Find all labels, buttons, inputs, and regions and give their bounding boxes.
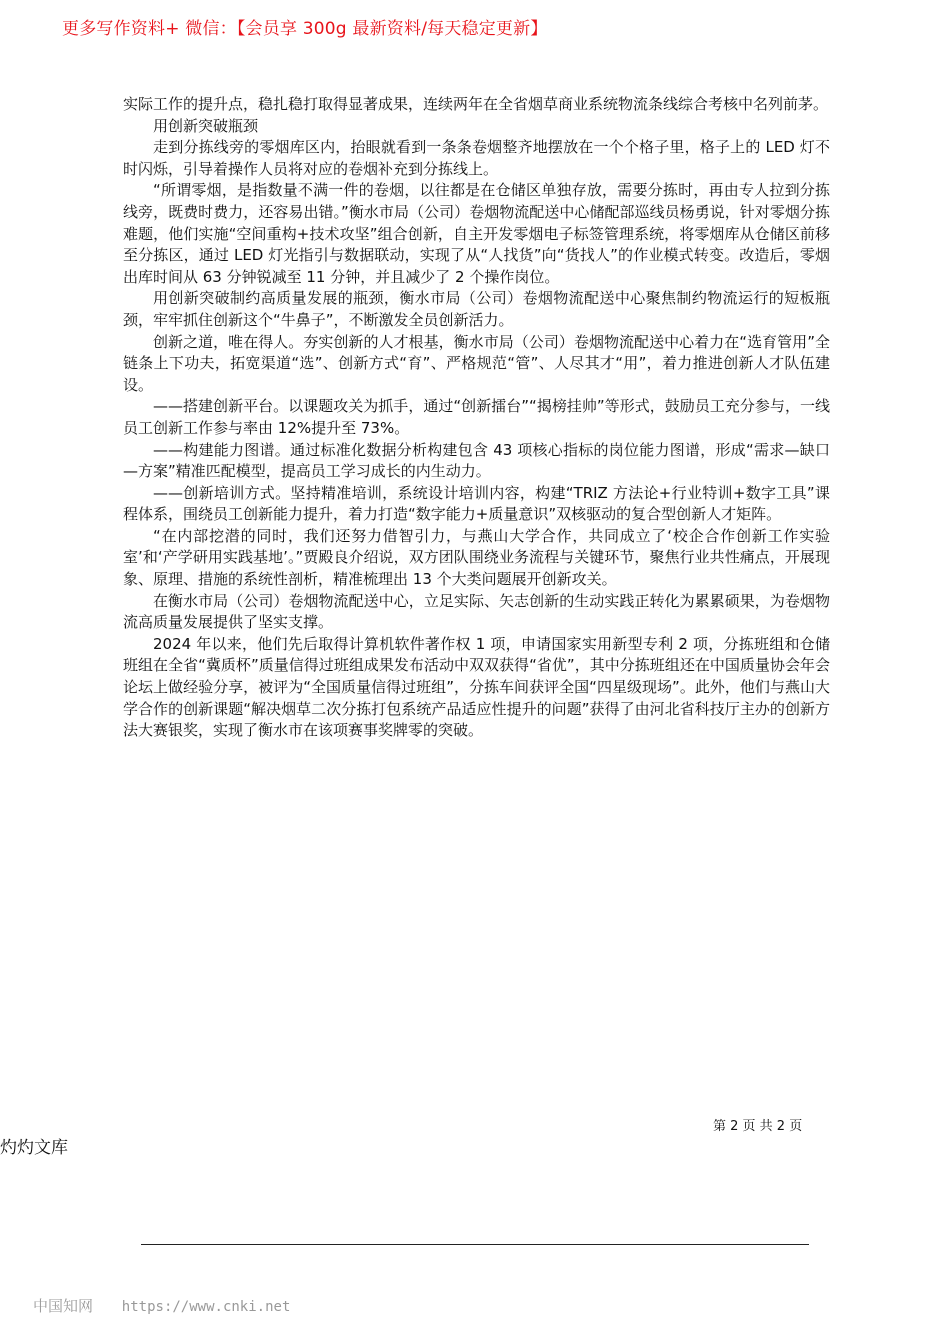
- paragraph: 创新之道，唯在得人。夯实创新的人才根基，衡水市局（公司）卷烟物流配送中心着力在“…: [123, 332, 830, 397]
- brand-watermark: 灼灼文库: [0, 1133, 68, 1158]
- page-number: 第 2 页 共 2 页: [713, 1115, 802, 1134]
- promo-banner: 更多写作资料+ 微信：【会员享 300g 最新资料/每天稳定更新】: [62, 14, 548, 39]
- paragraph: “在内部挖潜的同时，我们还努力借智引力，与燕山大学合作，共同成立了‘校企合作创新…: [123, 526, 830, 591]
- paragraph: ——创新培训方式。坚持精准培训，系统设计培训内容，构建“TRIZ 方法论+行业特…: [123, 483, 830, 526]
- paragraph: 2024 年以来，他们先后取得计算机软件著作权 1 项，申请国家实用新型专利 2…: [123, 634, 830, 742]
- paragraph: 走到分拣线旁的零烟库区内，抬眼就看到一条条卷烟整齐地摆放在一个个格子里，格子上的…: [123, 137, 830, 180]
- paragraph: ——构建能力图谱。通过标准化数据分析构建包含 43 项核心指标的岗位能力图谱，形…: [123, 440, 830, 483]
- cnki-name: 中国知网: [33, 1297, 93, 1315]
- article-body: 实际工作的提升点，稳扎稳打取得显著成果，连续两年在全省烟草商业系统物流条线综合考…: [123, 94, 830, 742]
- paragraph: ——搭建创新平台。以课题攻关为抓手，通过“创新擂台”“揭榜挂帅”等形式，鼓励员工…: [123, 396, 830, 439]
- cnki-watermark: 中国知网 https://www.cnki.net: [33, 1295, 290, 1316]
- paragraph: 在衡水市局（公司）卷烟物流配送中心，立足实际、矢志创新的生动实践正转化为累累硕果…: [123, 591, 830, 634]
- paragraph: “所谓零烟，是指数量不满一件的卷烟，以往都是在仓储区单独存放，需要分拣时，再由专…: [123, 180, 830, 288]
- paragraph: 用创新突破制约高质量发展的瓶颈，衡水市局（公司）卷烟物流配送中心聚焦制约物流运行…: [123, 288, 830, 331]
- section-heading: 用创新突破瓶颈: [123, 116, 830, 138]
- paragraph: 实际工作的提升点，稳扎稳打取得显著成果，连续两年在全省烟草商业系统物流条线综合考…: [123, 94, 830, 116]
- cnki-url: https://www.cnki.net: [122, 1299, 291, 1315]
- footer-divider: [141, 1244, 809, 1245]
